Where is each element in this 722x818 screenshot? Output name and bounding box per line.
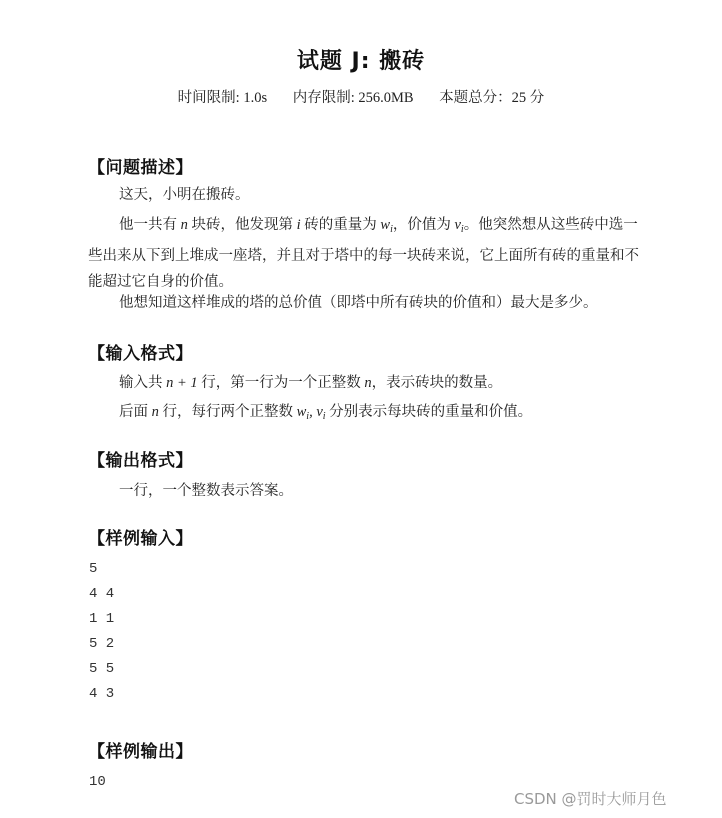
sample-output-heading: 【样例输出】 — [88, 737, 193, 762]
sample-input-line: 5 — [89, 561, 97, 577]
sample-output-line: 10 — [89, 774, 106, 790]
memory-limit: 内存限制: 256.0MB — [293, 90, 414, 106]
output-format-heading: 【输出格式】 — [88, 446, 193, 471]
watermark: CSDN @罚时大师月色 — [514, 788, 667, 809]
input-format-heading: 【输入格式】 — [88, 339, 193, 364]
sample-input-line: 5 5 — [89, 661, 114, 677]
input-format-paragraph-1: 输入共 n + 1 行，第一行为一个正整数 n，表示砖块的数量。 — [88, 370, 640, 396]
output-format-paragraph: 一行，一个整数表示答案。 — [88, 478, 640, 504]
sample-input-line: 4 3 — [89, 686, 114, 702]
sample-input-line: 4 4 — [89, 586, 114, 602]
problem-title: 试题 J: 搬砖 — [0, 44, 722, 75]
sample-input-line: 5 2 — [89, 636, 114, 652]
sample-input-line: 1 1 — [89, 611, 114, 627]
sample-input-heading: 【样例输入】 — [88, 524, 193, 549]
time-limit: 时间限制: 1.0s — [178, 90, 267, 106]
description-paragraph-2: 他一共有 n 块砖，他发现第 i 砖的重量为 wi，价值为 vi。他突然想从这些… — [88, 212, 640, 295]
math-w: w — [380, 217, 390, 233]
math-n: n — [181, 217, 188, 233]
description-heading: 【问题描述】 — [88, 153, 193, 178]
total-score: 本题总分：25 分 — [439, 90, 544, 106]
description-paragraph-1: 这天，小明在搬砖。 — [88, 182, 640, 208]
input-format-paragraph-2: 后面 n 行，每行两个正整数 wi, vi 分别表示每块砖的重量和价值。 — [88, 399, 640, 430]
problem-meta: 时间限制: 1.0s 内存限制: 256.0MB 本题总分：25 分 — [0, 86, 722, 107]
description-paragraph-3: 他想知道这样堆成的塔的总价值（即塔中所有砖块的价值和）最大是多少。 — [88, 290, 640, 316]
